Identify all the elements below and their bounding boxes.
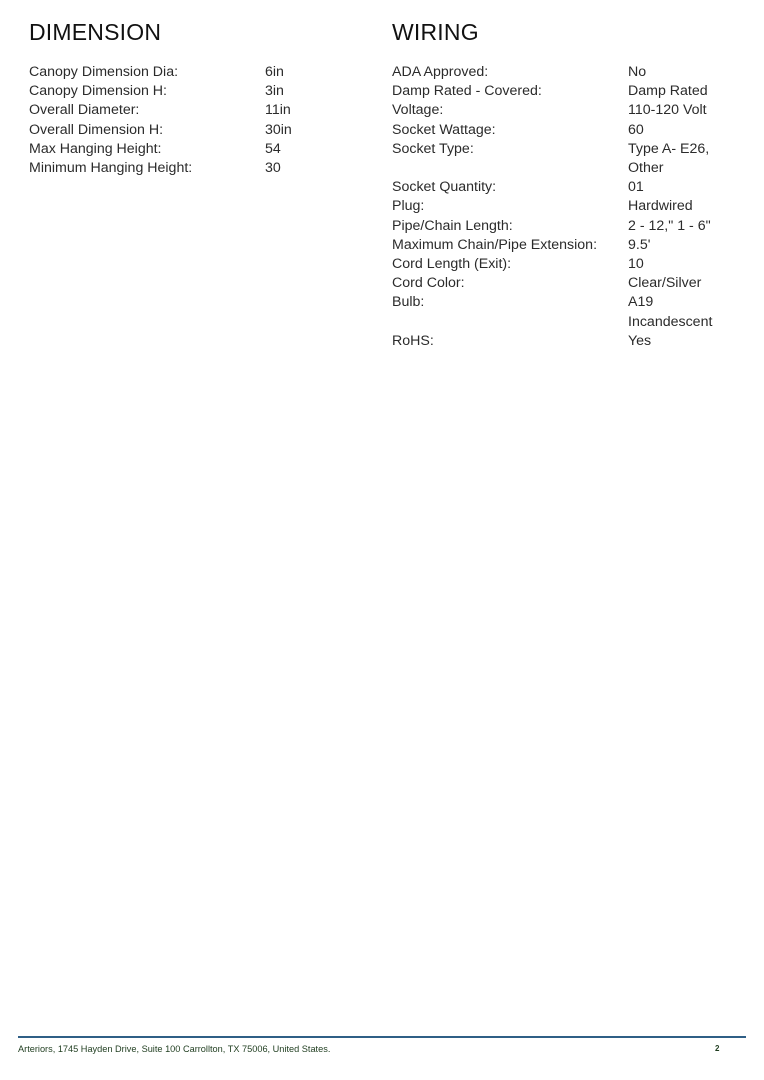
spec-label: Canopy Dimension H: [29, 82, 265, 101]
spec-row: Cord Color:Clear/Silver [392, 274, 752, 293]
spec-label: ADA Approved: [392, 63, 628, 82]
spec-label: Cord Length (Exit): [392, 255, 628, 274]
spec-label: Overall Dimension H: [29, 121, 265, 140]
spec-label: Canopy Dimension Dia: [29, 63, 265, 82]
spec-label: Maximum Chain/Pipe Extension: [392, 236, 628, 255]
spec-row: Canopy Dimension Dia:6in [29, 63, 369, 82]
spec-row: Socket Type:Type A- E26, Other [392, 140, 752, 178]
page-number: 2 [715, 1044, 719, 1053]
spec-label: Plug: [392, 197, 628, 216]
spec-value: No [628, 63, 752, 82]
spec-row: Pipe/Chain Length:2 - 12," 1 - 6" [392, 217, 752, 236]
wiring-heading: WIRING [392, 18, 752, 46]
spec-row: Voltage:110-120 Volt [392, 101, 752, 120]
spec-label: Cord Color: [392, 274, 628, 293]
spec-row: Canopy Dimension H:3in [29, 82, 369, 101]
spec-label: Damp Rated - Covered: [392, 82, 628, 101]
spec-label: Socket Quantity: [392, 178, 628, 197]
spec-value: 2 - 12," 1 - 6" [628, 217, 752, 236]
spec-label: Socket Wattage: [392, 121, 628, 140]
spec-label: Minimum Hanging Height: [29, 159, 265, 178]
dimension-heading: DIMENSION [29, 18, 369, 46]
footer-address: Arteriors, 1745 Hayden Drive, Suite 100 … [18, 1044, 330, 1054]
spec-value: 60 [628, 121, 752, 140]
spec-value: 11in [265, 101, 369, 120]
spec-value: Hardwired [628, 197, 752, 216]
spec-value: Clear/Silver [628, 274, 752, 293]
spec-value: 9.5' [628, 236, 752, 255]
spec-row: Overall Dimension H:30in [29, 121, 369, 140]
spec-value: Damp Rated [628, 82, 752, 101]
spec-row: Max Hanging Height:54 [29, 140, 369, 159]
spec-row: Minimum Hanging Height:30 [29, 159, 369, 178]
wiring-spec-list: ADA Approved:No Damp Rated - Covered:Dam… [392, 63, 752, 351]
spec-value: 110-120 Volt [628, 101, 752, 120]
wiring-section: WIRING ADA Approved:No Damp Rated - Cove… [392, 18, 752, 351]
spec-row: Bulb:A19 Incandescent [392, 293, 752, 331]
spec-row: Plug:Hardwired [392, 197, 752, 216]
spec-value: 30in [265, 121, 369, 140]
spec-row: Socket Wattage:60 [392, 121, 752, 140]
spec-label: Bulb: [392, 293, 628, 331]
spec-value: Yes [628, 332, 752, 351]
spec-value: 3in [265, 82, 369, 101]
spec-label: Pipe/Chain Length: [392, 217, 628, 236]
spec-label: Socket Type: [392, 140, 628, 178]
spec-value: 54 [265, 140, 369, 159]
spec-row: Socket Quantity:01 [392, 178, 752, 197]
spec-label: Voltage: [392, 101, 628, 120]
spec-row: ADA Approved:No [392, 63, 752, 82]
spec-row: Overall Diameter:11in [29, 101, 369, 120]
spec-row: Cord Length (Exit):10 [392, 255, 752, 274]
dimension-spec-list: Canopy Dimension Dia:6in Canopy Dimensio… [29, 63, 369, 178]
spec-value: A19 Incandescent [628, 293, 752, 331]
spec-row: RoHS:Yes [392, 332, 752, 351]
spec-value: 6in [265, 63, 369, 82]
spec-value: 01 [628, 178, 752, 197]
spec-label: Overall Diameter: [29, 101, 265, 120]
spec-value: 30 [265, 159, 369, 178]
spec-value: 10 [628, 255, 752, 274]
spec-label: RoHS: [392, 332, 628, 351]
spec-row: Maximum Chain/Pipe Extension:9.5' [392, 236, 752, 255]
spec-row: Damp Rated - Covered:Damp Rated [392, 82, 752, 101]
footer-divider [18, 1036, 746, 1038]
spec-value: Type A- E26, Other [628, 140, 752, 178]
spec-label: Max Hanging Height: [29, 140, 265, 159]
dimension-section: DIMENSION Canopy Dimension Dia:6in Canop… [29, 18, 369, 178]
